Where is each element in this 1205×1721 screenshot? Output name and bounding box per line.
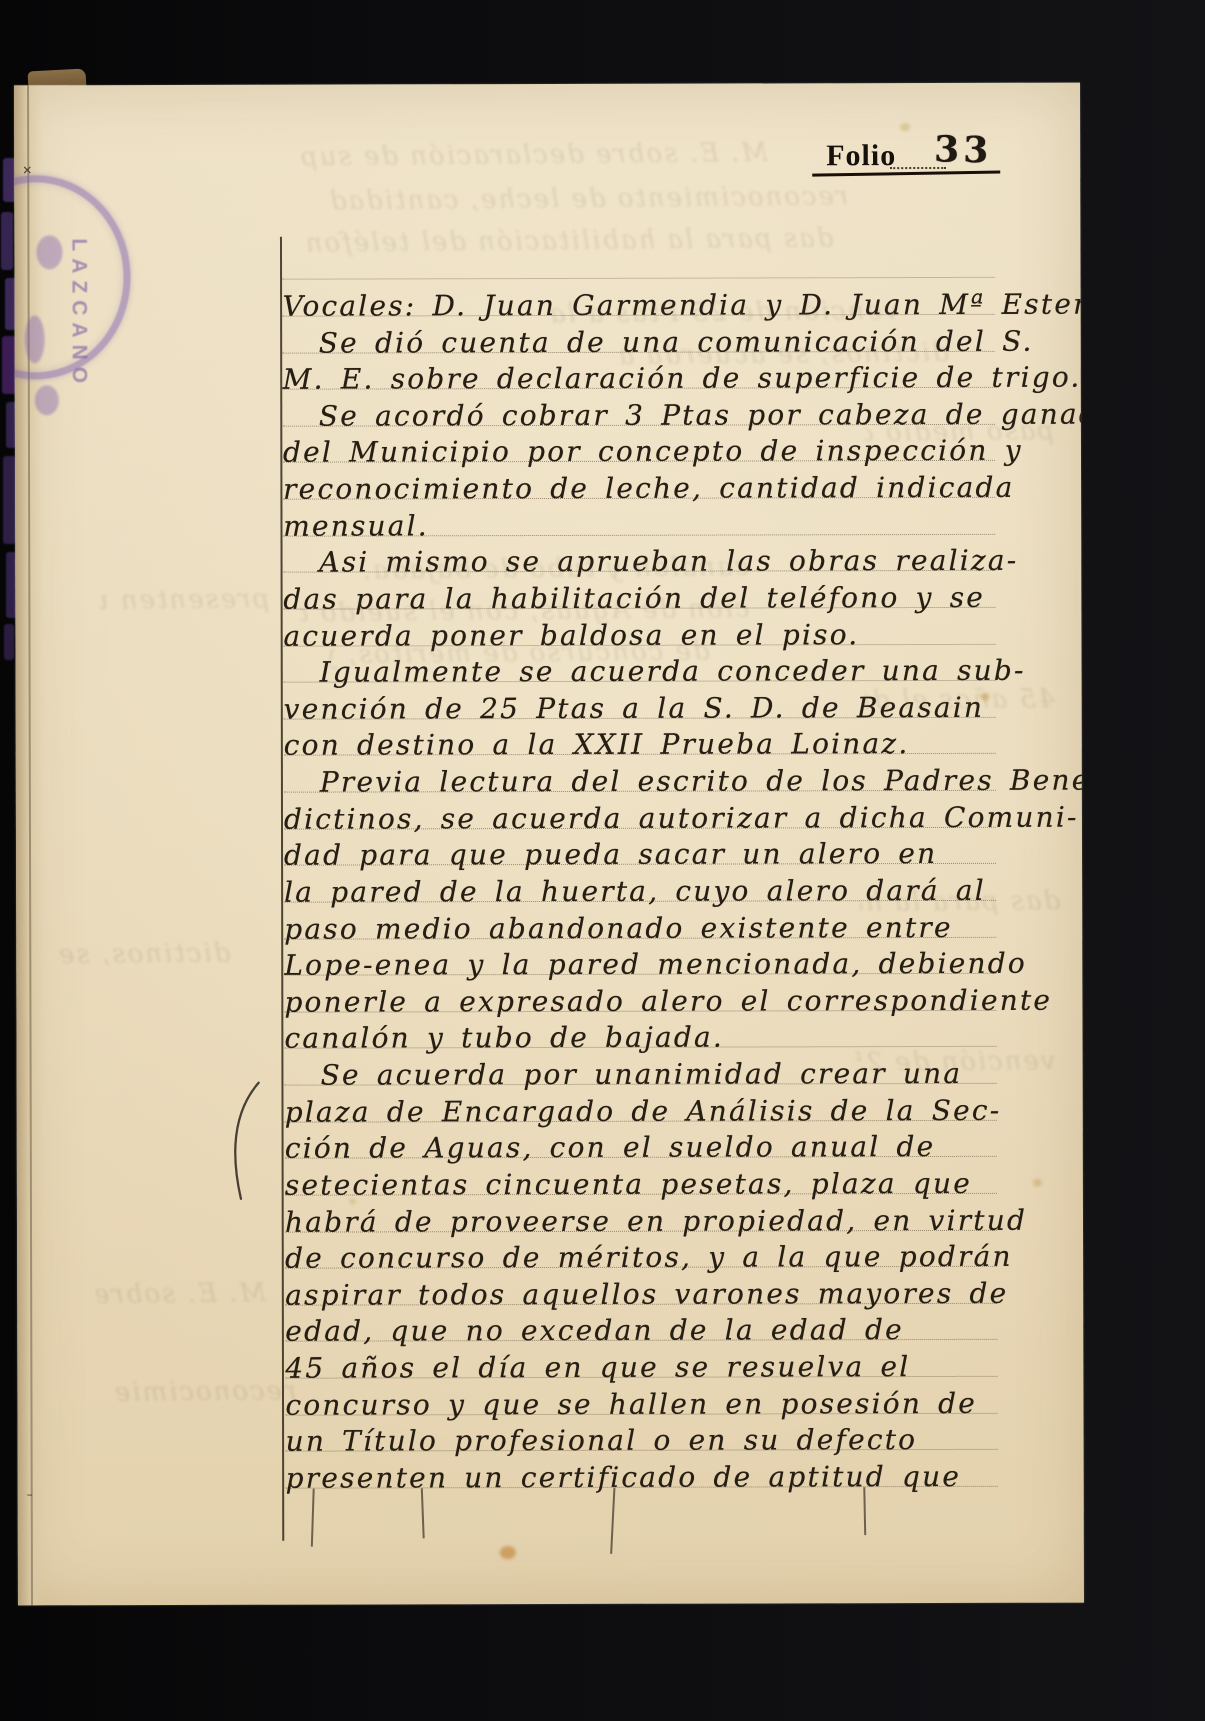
manuscript-line-19: Lope-enea y la pared mencionada, debiend… xyxy=(284,935,996,976)
ruled-line-empty xyxy=(282,239,994,280)
manuscript-line-25: setecientas cincuenta pesetas, plaza que xyxy=(285,1155,997,1196)
manuscript-page: ✕ – LAZCANO Folio 33 Vocales: D. Juan Ga… xyxy=(14,83,1084,1606)
manuscript-line-12: vención de 25 Ptas a la S. D. de Beasain xyxy=(284,679,996,720)
manuscript-line-30: 45 años el día en que se resuelva el xyxy=(285,1338,997,1379)
manuscript-line-28: aspirar todos aquellos varones mayores d… xyxy=(285,1265,997,1306)
manuscript-line-29: edad, que no excedan de la edad de xyxy=(285,1301,997,1342)
manuscript-line-20: ponerle a expresado alero el correspondi… xyxy=(284,972,996,1013)
manuscript-line-16: dad para que pueda sacar un alero en xyxy=(284,825,996,866)
manuscript-line-17: la pared de la huerta, cuyo alero dará a… xyxy=(284,862,996,903)
manuscript-line-4: Se acordó cobrar 3 Ptas por cabeza de ga… xyxy=(283,386,995,427)
manuscript-line-3: M. E. sobre declaración de superficie de… xyxy=(283,349,995,390)
manuscript-line-24: ción de Aguas, con el sueldo anual de xyxy=(285,1118,997,1159)
manuscript-line-31: concurso y que se hallen en posesión de xyxy=(285,1374,997,1415)
scanned-document-photo: { "page_header": { "folio_label": "Folio… xyxy=(0,0,1205,1721)
manuscript-line-14: Previa lectura del escrito de los Padres… xyxy=(284,752,996,793)
manuscript-line-13: con destino a la XXII Prueba Loinaz. xyxy=(284,715,996,756)
manuscript-line-6: reconocimiento de leche, cantidad indica… xyxy=(283,459,995,500)
stamp-fragment xyxy=(1,212,13,270)
manuscript-line-21: canalón y tubo de bajada. xyxy=(284,1008,996,1049)
manuscript-line-8: Asi mismo se aprueban las obras realiza- xyxy=(283,532,995,573)
manuscript-line-1: Vocales: D. Juan Garmendia y D. Juan Mª … xyxy=(283,276,995,317)
stamp-fragment xyxy=(4,624,14,660)
manuscript-line-23: plaza de Encargado de Análisis de la Sec… xyxy=(285,1081,997,1122)
manuscript-line-5: del Municipio por concepto de inspección… xyxy=(283,422,995,463)
manuscript-line-2: Se dió cuenta de una comunicación del S. xyxy=(283,312,995,353)
manuscript-line-22: Se acuerda por unanimidad crear una xyxy=(285,1045,997,1086)
manuscript-line-9: das para la habilitación del teléfono y … xyxy=(283,569,995,610)
manuscript-line-7: mensual. xyxy=(283,496,995,537)
manuscript-line-26: habrá de proveerse en propiedad, en virt… xyxy=(285,1191,997,1232)
manuscript-line-18: paso medio abandonado existente entre xyxy=(284,898,996,939)
manuscript-line-33: presenten un certificado de aptitud que xyxy=(286,1448,998,1489)
manuscript-line-10: acuerda poner baldosa en el piso. xyxy=(283,605,995,646)
manuscript-line-15: dictinos, se acuerda autorizar a dicha C… xyxy=(284,789,996,830)
manuscript-line-32: un Título profesional o en su defecto xyxy=(285,1411,997,1452)
manuscript-line-11: Igualmente se acuerda conceder una sub- xyxy=(283,642,995,683)
manuscript-text-block: Vocales: D. Juan Garmendia y D. Juan Mª … xyxy=(14,83,1084,1606)
manuscript-line-27: de concurso de méritos, y a la que podrá… xyxy=(285,1228,997,1269)
